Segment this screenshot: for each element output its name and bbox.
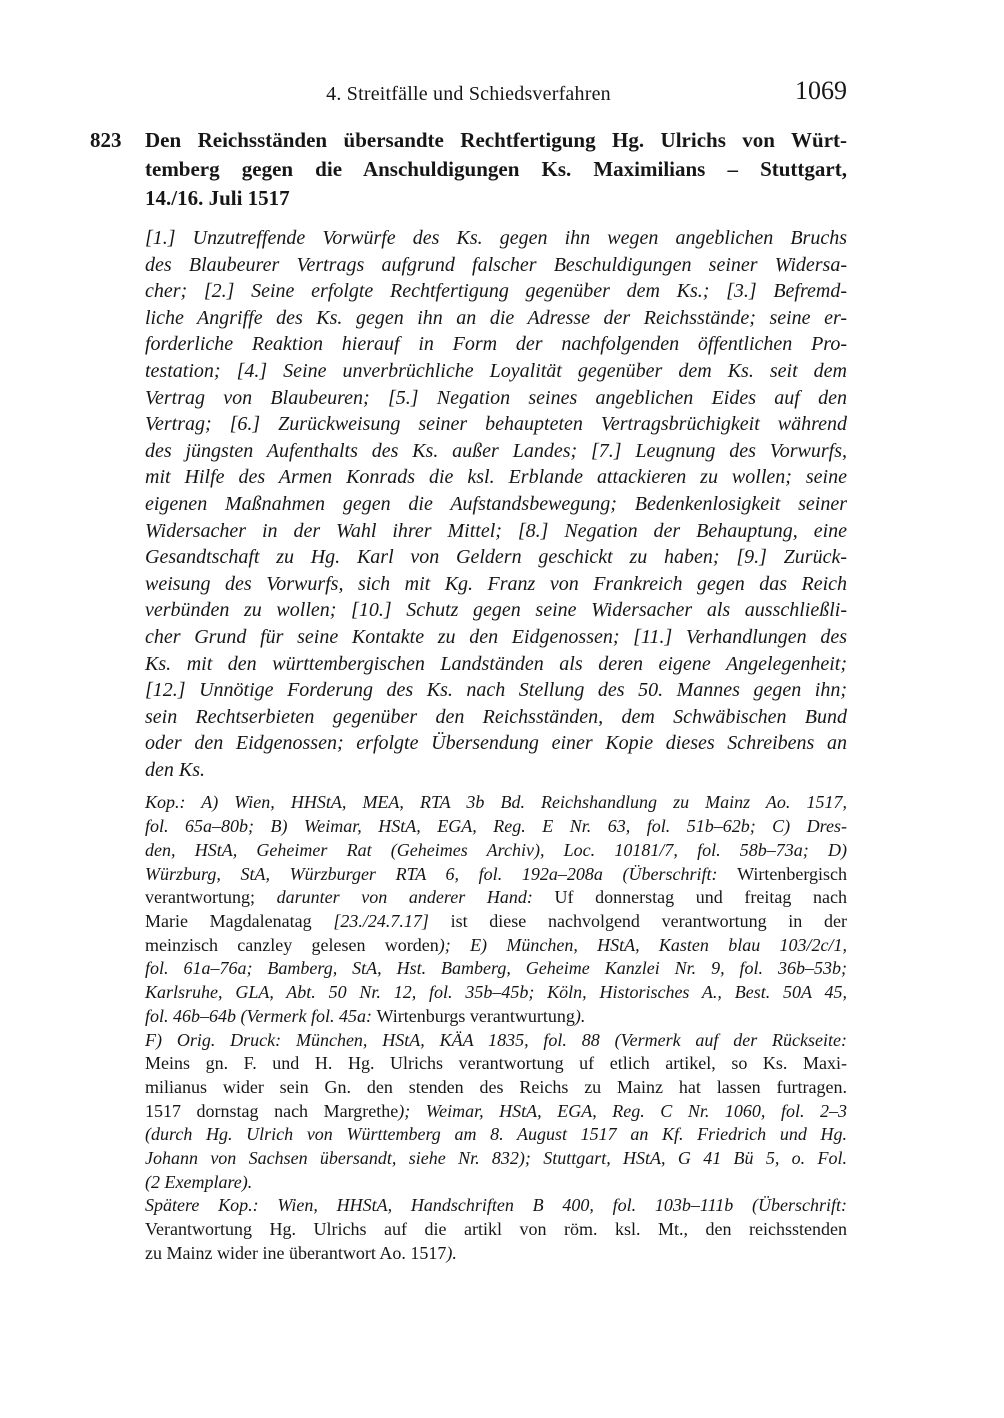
text-line: Würzburg, StA, Würzburger RTA 6, fol. 19… — [145, 863, 847, 887]
text-line: 1517 dornstag nach Margrethe); Weimar, H… — [145, 1100, 847, 1124]
text-line: forderliche Reaktion hierauf in Form der… — [145, 331, 847, 358]
text-line: Kop.: A) Wien, HHStA, MEA, RTA 3b Bd. Re… — [145, 791, 847, 815]
text-line: [12.] Unnötige Forderung des Ks. nach St… — [145, 677, 847, 704]
text-line: Meins gn. F. und H. Hg. Ulrichs verantwo… — [145, 1052, 847, 1076]
running-title: 4. Streitfälle und Schiedsverfahren — [90, 82, 847, 106]
text-line: Den Reichsständen übersandte Rechtfertig… — [145, 126, 847, 155]
entry-title: Den Reichsständen übersandte Rechtfertig… — [145, 126, 847, 213]
quoted-source-text: Marie Magdalenatag — [145, 911, 333, 931]
text-line: den, HStA, Geheimer Rat (Geheimes Archiv… — [145, 839, 847, 863]
editorial-text: ). — [446, 1243, 457, 1263]
text-line: Vertrag; [6.] Zurückweisung seiner behau… — [145, 411, 847, 438]
apparatus-block: Kop.: A) Wien, HHStA, MEA, RTA 3b Bd. Re… — [145, 791, 847, 1265]
quoted-source-text: 1517 dornstag nach Margrethe — [145, 1101, 398, 1121]
text-line: [1.] Unzutreffende Vorwürfe des Ks. gege… — [145, 225, 847, 252]
text-line: den Ks. — [145, 757, 847, 784]
quoted-source-text: Verantwortung Hg. Ulrichs auf die artikl… — [145, 1219, 847, 1239]
text-line: Johann von Sachsen übersandt, siehe Nr. … — [145, 1147, 847, 1171]
text-line: eigenen Maßnahmen gegen die Aufstandsbew… — [145, 491, 847, 518]
text-line: des Blaubeurer Vertrags aufgrund falsche… — [145, 252, 847, 279]
editorial-text: Spätere Kop.: Wien, HHStA, Handschriften… — [145, 1195, 847, 1215]
text-line: cher Grund für seine Kontakte zu den Eid… — [145, 624, 847, 651]
text-line: Verantwortung Hg. Ulrichs auf die artikl… — [145, 1218, 847, 1242]
text-line: meinzisch canzley gelesen worden); E) Mü… — [145, 934, 847, 958]
page-number: 1069 — [795, 76, 847, 106]
entry-number: 823 — [90, 126, 145, 213]
text-line: cher; [2.] Seine erfolgte Rechtfertigung… — [145, 278, 847, 305]
text-line: 14./16. Juli 1517 — [145, 184, 847, 213]
text-line: temberg gegen die Anschuldigungen Ks. Ma… — [145, 155, 847, 184]
text-line: (2 Exemplare). — [145, 1171, 847, 1195]
quoted-source-text: meinzisch canzley gelesen worden — [145, 935, 439, 955]
text-line: Vertrag von Blaubeuren; [5.] Negation se… — [145, 385, 847, 412]
text-line: mit Hilfe des Armen Konrads die ksl. Erb… — [145, 464, 847, 491]
type-area: 4. Streitfälle und Schiedsverfahren 1069… — [90, 82, 847, 1266]
editorial-text: Karlsruhe, GLA, Abt. 50 Nr. 12, fol. 35b… — [145, 982, 847, 1002]
editorial-text: Kop.: A) Wien, HHStA, MEA, RTA 3b Bd. Re… — [145, 792, 847, 812]
text-line: testation; [4.] Seine unverbrüchliche Lo… — [145, 358, 847, 385]
entry-summary-regest: [1.] Unzutreffende Vorwürfe des Ks. gege… — [145, 225, 847, 783]
text-line: fol. 65a–80b; B) Weimar, HStA, EGA, Reg.… — [145, 815, 847, 839]
editorial-text: (2 Exemplare). — [145, 1172, 252, 1192]
text-line: sein Rechtserbieten gegenüber den Reichs… — [145, 704, 847, 731]
quoted-source-text: Wirtenbergisch — [737, 864, 847, 884]
editorial-text: ). — [575, 1006, 586, 1026]
editorial-text: ); Weimar, HStA, EGA, Reg. C Nr. 1060, f… — [398, 1101, 847, 1121]
quoted-source-text: zu Mainz wider ine überantwort Ao. 1517 — [145, 1243, 446, 1263]
quoted-source-text: Wirtenburgs verantwurtung — [376, 1006, 574, 1026]
quoted-source-text: ist diese nachvolgend verantwortung in d… — [429, 911, 847, 931]
apparatus-paragraph-spaetere-kopien: Spätere Kop.: Wien, HHStA, Handschriften… — [145, 1194, 847, 1265]
text-line: F) Orig. Druck: München, HStA, KÄA 1835,… — [145, 1029, 847, 1053]
quoted-source-text: milianus wider sein Gn. den stenden des … — [145, 1077, 847, 1097]
text-line: Marie Magdalenatag [23./24.7.17] ist die… — [145, 910, 847, 934]
quoted-source-text: verantwortung; — [145, 887, 277, 907]
text-line: weisung des Vorwurfs, sich mit Kg. Franz… — [145, 571, 847, 598]
editorial-text: fol. 65a–80b; B) Weimar, HStA, EGA, Reg.… — [145, 816, 847, 836]
book-page-scan: 4. Streitfälle und Schiedsverfahren 1069… — [0, 0, 1004, 1418]
text-line: liche Angriffe des Ks. gegen ihn an die … — [145, 305, 847, 332]
text-line: milianus wider sein Gn. den stenden des … — [145, 1076, 847, 1100]
editorial-text: F) Orig. Druck: München, HStA, KÄA 1835,… — [145, 1030, 847, 1050]
editorial-text: Johann von Sachsen übersandt, siehe Nr. … — [145, 1148, 847, 1168]
text-line: (durch Hg. Ulrich von Württemberg am 8. … — [145, 1123, 847, 1147]
editorial-text: ); E) München, HStA, Kasten blau 103/2c/… — [439, 935, 847, 955]
editorial-text: fol. 61a–76a; Bamberg, StA, Hst. Bamberg… — [145, 958, 847, 978]
editorial-text: den, HStA, Geheimer Rat (Geheimes Archiv… — [145, 840, 847, 860]
apparatus-paragraph-orig-druck: F) Orig. Druck: München, HStA, KÄA 1835,… — [145, 1029, 847, 1195]
text-line: verantwortung; darunter von anderer Hand… — [145, 886, 847, 910]
entry-heading-row: 823 Den Reichsständen übersandte Rechtfe… — [90, 126, 847, 213]
text-line: fol. 46b–64b (Vermerk fol. 45a: Wirtenbu… — [145, 1005, 847, 1029]
editorial-text: fol. 46b–64b (Vermerk fol. 45a: — [145, 1006, 376, 1026]
editorial-text: (durch Hg. Ulrich von Württemberg am 8. … — [145, 1124, 847, 1144]
text-line: fol. 61a–76a; Bamberg, StA, Hst. Bamberg… — [145, 957, 847, 981]
editorial-text: darunter von anderer Hand: — [277, 887, 555, 907]
text-line: Ks. mit den württembergischen Landstände… — [145, 651, 847, 678]
text-line: oder den Eidgenossen; erfolgte Übersendu… — [145, 730, 847, 757]
apparatus-paragraph-kopien: Kop.: A) Wien, HHStA, MEA, RTA 3b Bd. Re… — [145, 791, 847, 1028]
text-line: des jüngsten Aufenthalts des Ks. außer L… — [145, 438, 847, 465]
running-head: 4. Streitfälle und Schiedsverfahren 1069 — [90, 82, 847, 110]
text-line: verbünden zu wollen; [10.] Schutz gegen … — [145, 597, 847, 624]
editorial-text: [23./24.7.17] — [333, 911, 429, 931]
text-line: Gesandtschaft zu Hg. Karl von Geldern ge… — [145, 544, 847, 571]
quoted-source-text: Uf donnerstag und freitag nach — [555, 887, 848, 907]
editorial-text: Würzburg, StA, Würzburger RTA 6, fol. 19… — [145, 864, 737, 884]
text-line: zu Mainz wider ine überantwort Ao. 1517)… — [145, 1242, 847, 1266]
text-line: Widersacher in der Wahl ihrer Mittel; [8… — [145, 518, 847, 545]
text-line: Spätere Kop.: Wien, HHStA, Handschriften… — [145, 1194, 847, 1218]
text-line: Karlsruhe, GLA, Abt. 50 Nr. 12, fol. 35b… — [145, 981, 847, 1005]
quoted-source-text: Meins gn. F. und H. Hg. Ulrichs verantwo… — [145, 1053, 847, 1073]
